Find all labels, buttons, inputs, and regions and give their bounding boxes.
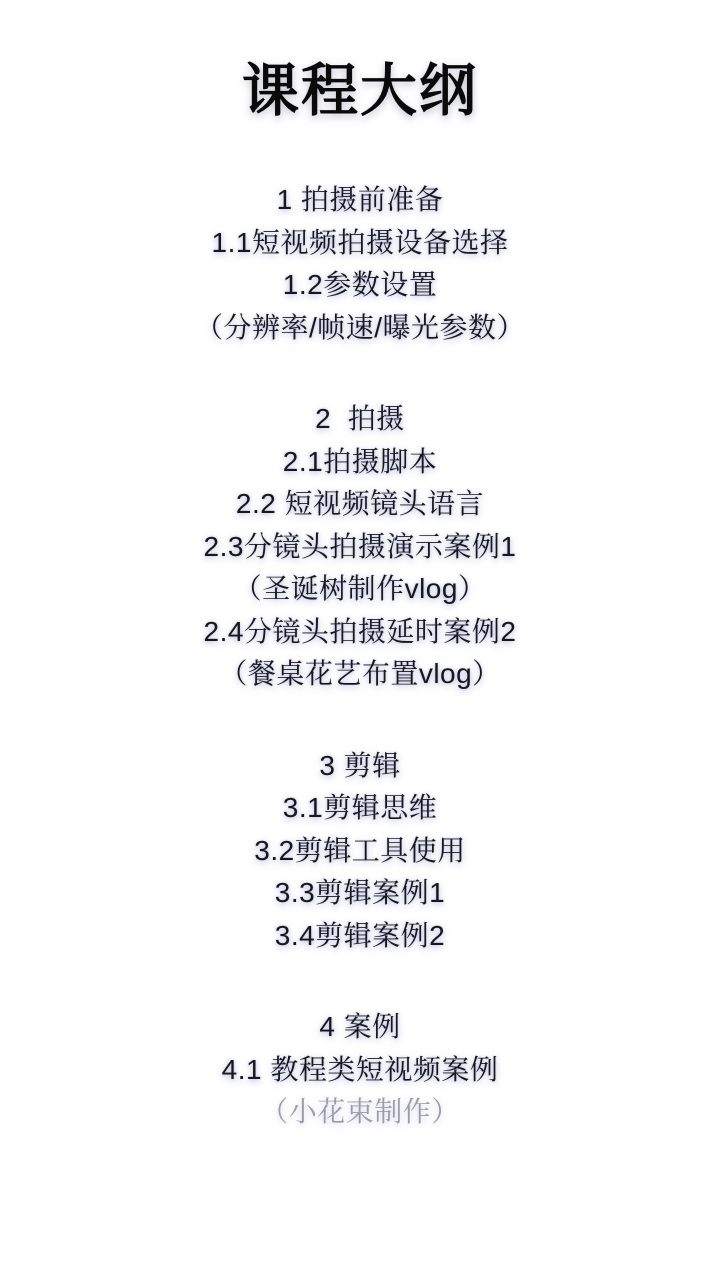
outline-line: 2.4分镜头拍摄延时案例2 <box>0 611 720 654</box>
outline-line: （圣诞树制作vlog） <box>0 568 720 611</box>
outline-line: 3.1剪辑思维 <box>0 787 720 830</box>
outline-line: 2.1拍摄脚本 <box>0 441 720 484</box>
outline-line: 4.1 教程类短视频案例 <box>0 1049 720 1092</box>
outline-line: （分辨率/帧速/曝光参数） <box>0 307 720 350</box>
page-title: 课程大纲 <box>0 0 720 125</box>
slide-page: 课程大纲 1 拍摄前准备1.1短视频拍摄设备选择1.2参数设置（分辨率/帧速/曝… <box>0 0 720 1280</box>
outline-line: 4 案例 <box>0 1006 720 1049</box>
outline-line: 1 拍摄前准备 <box>0 179 720 222</box>
outline-section-4: 4 案例4.1 教程类短视频案例（小花束制作） <box>0 1006 720 1134</box>
outline-line: 3.2剪辑工具使用 <box>0 830 720 873</box>
outline-line: （小花束制作） <box>0 1091 720 1134</box>
outline-section-2: 2 拍摄2.1拍摄脚本2.2 短视频镜头语言2.3分镜头拍摄演示案例1（圣诞树制… <box>0 398 720 696</box>
outline-line: 1.1短视频拍摄设备选择 <box>0 222 720 265</box>
outline-line: 1.2参数设置 <box>0 264 720 307</box>
outline-line: 3 剪辑 <box>0 745 720 788</box>
outline-line: （餐桌花艺布置vlog） <box>0 653 720 696</box>
outline-line: 2 拍摄 <box>0 398 720 441</box>
outline-line: 2.3分镜头拍摄演示案例1 <box>0 526 720 569</box>
outline-section-3: 3 剪辑3.1剪辑思维3.2剪辑工具使用3.3剪辑案例13.4剪辑案例2 <box>0 745 720 958</box>
outline-line: 3.3剪辑案例1 <box>0 872 720 915</box>
outline-line: 2.2 短视频镜头语言 <box>0 483 720 526</box>
outline-section-1: 1 拍摄前准备1.1短视频拍摄设备选择1.2参数设置（分辨率/帧速/曝光参数） <box>0 179 720 349</box>
course-outline: 1 拍摄前准备1.1短视频拍摄设备选择1.2参数设置（分辨率/帧速/曝光参数）2… <box>0 179 720 1134</box>
outline-line: 3.4剪辑案例2 <box>0 915 720 958</box>
